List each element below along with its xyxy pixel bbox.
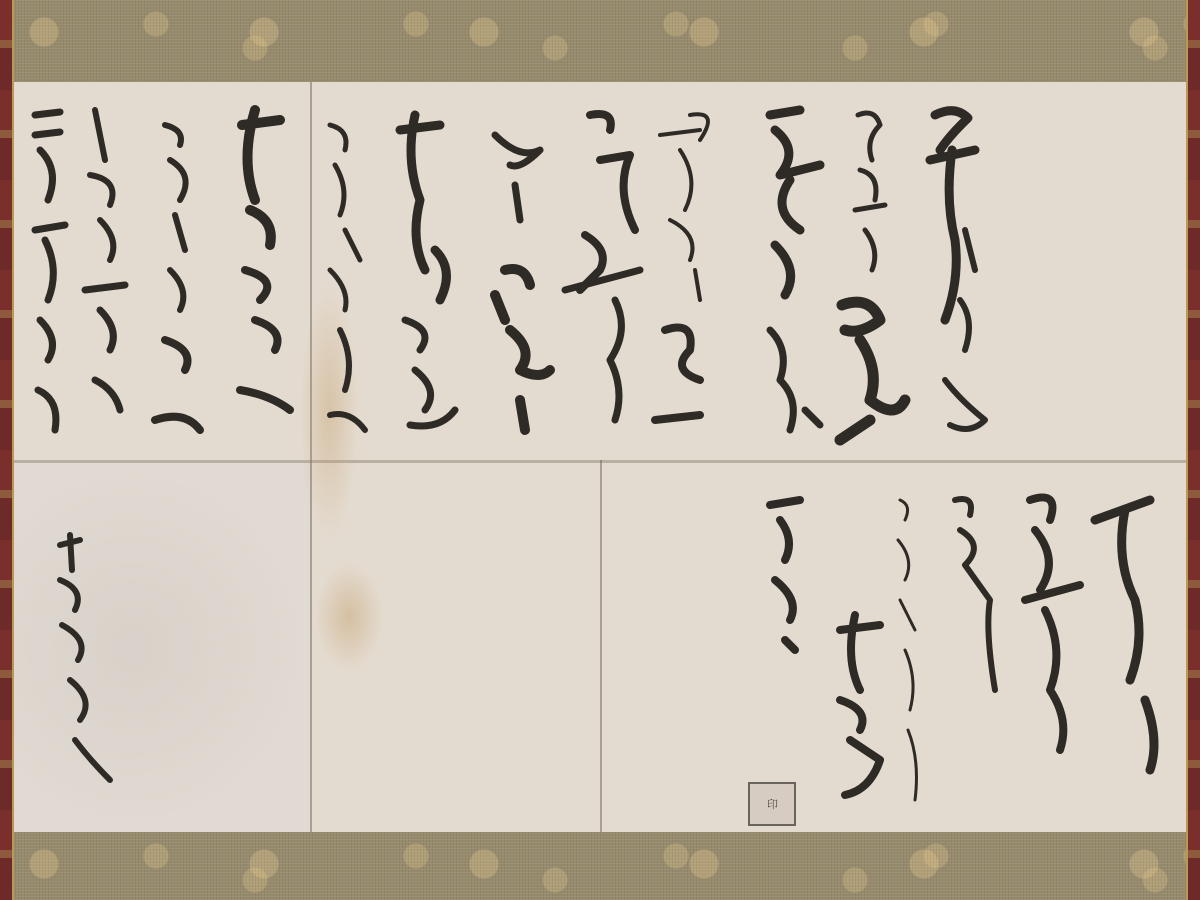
address-column [60, 535, 110, 780]
red-seal-stamp: 印 [748, 782, 796, 826]
column-5 [565, 114, 640, 420]
column-15 [955, 499, 995, 690]
column-6 [495, 135, 550, 430]
column-13 [1095, 500, 1154, 770]
column-11 [85, 110, 125, 410]
column-12 [35, 112, 65, 430]
column-2 [840, 113, 905, 440]
column-7 [400, 115, 455, 426]
seal-glyph: 印 [750, 784, 794, 824]
column-18 [770, 500, 800, 650]
column-9 [240, 110, 290, 410]
column-17-signature [840, 615, 880, 795]
calligraphy-text [0, 0, 1200, 900]
column-10 [155, 125, 200, 430]
column-4 [655, 114, 708, 420]
column-16-date [898, 500, 916, 800]
column-1 [930, 111, 985, 429]
column-8 [330, 125, 365, 430]
column-3 [770, 110, 820, 430]
column-14 [1025, 498, 1080, 751]
